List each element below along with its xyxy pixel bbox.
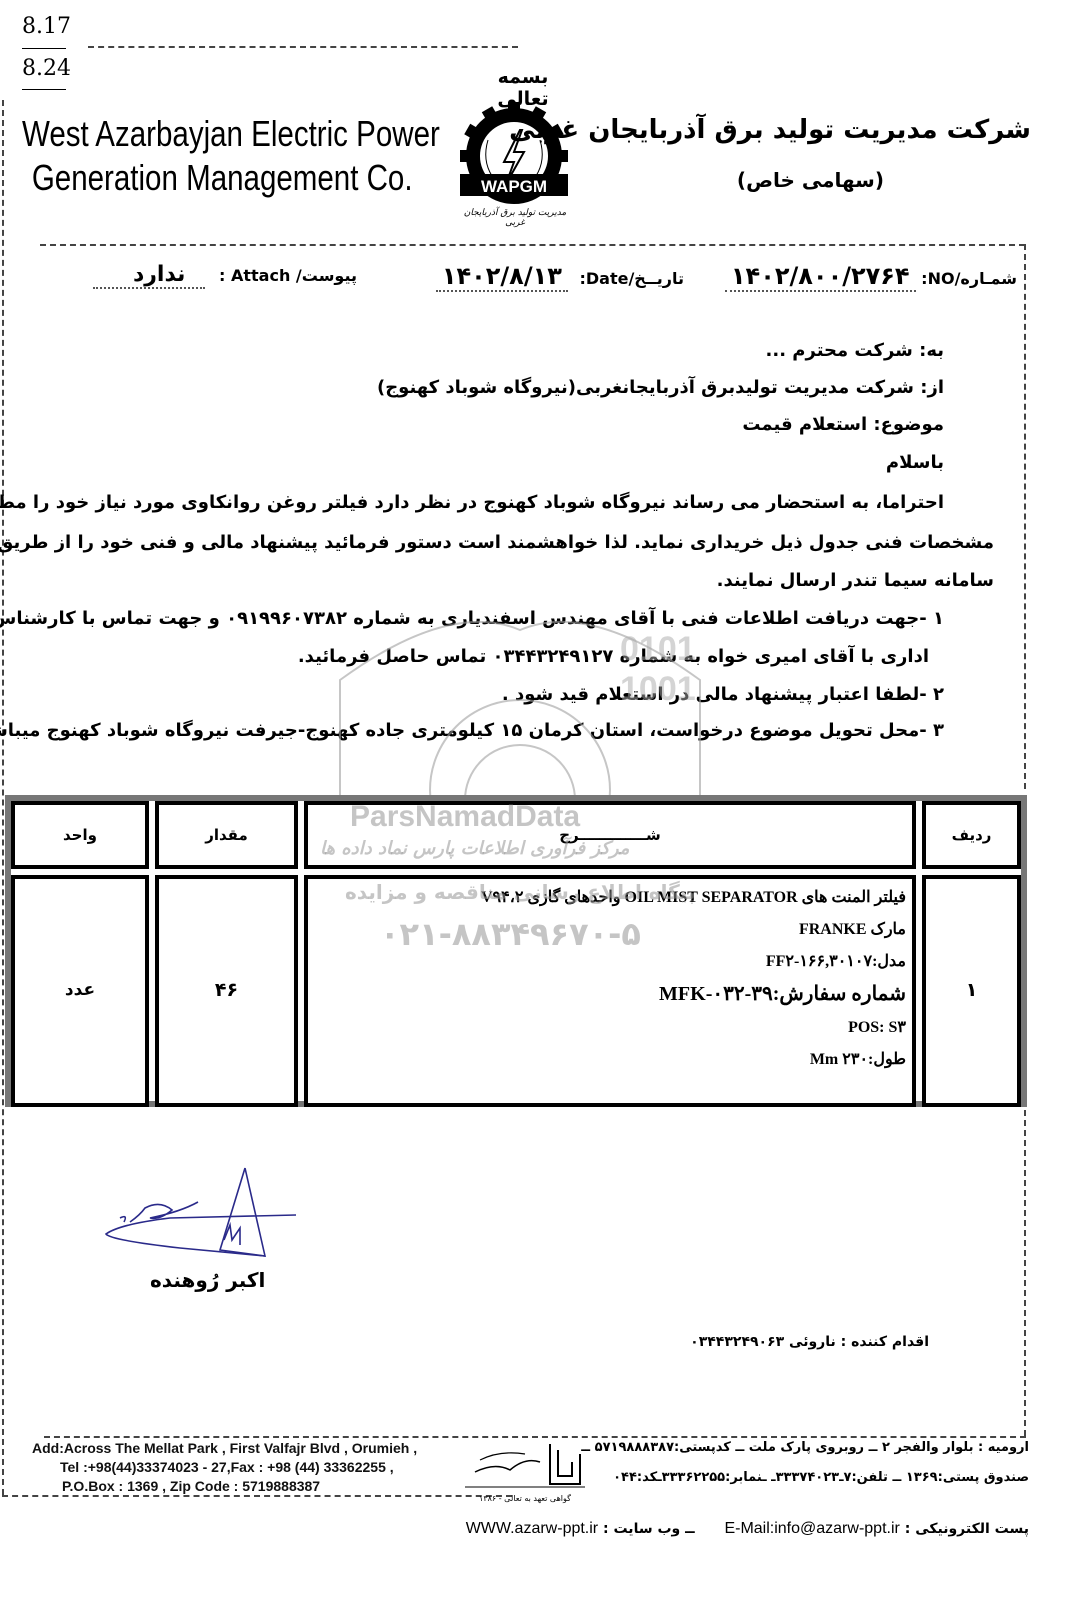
attachment-value: ندارد	[93, 262, 205, 289]
frame-right-dash-lower	[1024, 1110, 1026, 1436]
signatory-name: اکبر رُوهنده	[150, 1268, 265, 1292]
reference-number-top: 8.17	[22, 14, 71, 39]
cell-quantity: ۴۶	[155, 875, 298, 1107]
letter-number-value: ۱۴۰۲/۸۰۰/۲۷۶۴	[725, 262, 916, 292]
company-type-fa: (سهامی خاص)	[737, 168, 884, 192]
sender-line: از: شرکت مدیریت تولیدبرق آذربایجانغربی(ن…	[377, 377, 944, 398]
body-paragraph-line: احتراما، به استحضار می رساند نیروگاه شوب…	[0, 492, 944, 513]
company-name-en-line2: Generation Management Co.	[22, 156, 440, 200]
logo-caption: مدیریت تولید برق آذربایجان غربی	[455, 208, 575, 228]
footer-contact-row: WWW.azarw-ppt.ir ــ وب سایت : E-Mail:inf…	[466, 1520, 1029, 1538]
footer-address-en: Add:Across The Mellat Park , First Valfa…	[32, 1440, 417, 1456]
reference-divider	[22, 89, 66, 90]
footer-phone-en: Tel :+98(44)33374023 - 27,Fax : +98 (44)…	[60, 1459, 394, 1475]
date-value: ۱۴۰۲/۸/۱۳	[436, 262, 568, 292]
footer-pobox-en: P.O.Box : 1369 , Zip Code : 5719888387	[62, 1478, 320, 1494]
frame-header-dash	[40, 244, 1025, 246]
column-header-quantity: مقدار	[155, 801, 298, 869]
company-name-en: West Azarbayjan Electric Power Generatio…	[22, 112, 440, 200]
signature-icon	[100, 1160, 310, 1270]
frame-top-dash	[88, 46, 518, 48]
date-label: تاریــخ/Date:	[579, 269, 684, 288]
excellence-award-logo: گواهی تعهد به تعالی - ۱۳۸۶	[455, 1432, 595, 1500]
reference-divider	[22, 48, 66, 49]
frame-left-dash	[2, 100, 4, 1495]
frame-bottom-dash	[2, 1495, 512, 1497]
description-model: مدل:FF۲-۱۶۶,۳۰۱۰۷	[766, 951, 906, 971]
column-header-description: شـــــــــــــرح	[304, 801, 916, 869]
award-emblem-icon	[455, 1432, 595, 1490]
frame-right-dash	[1024, 244, 1026, 789]
company-name-en-line1: West Azarbayjan Electric Power	[22, 113, 440, 154]
action-by: اقدام کننده : ناروئی ۰۳۴۴۳۲۴۹۰۶۳	[690, 1334, 929, 1350]
svg-text:WAPGM: WAPGM	[481, 177, 547, 196]
description-brand: مارک FRANKE	[799, 919, 906, 939]
greeting: باسلام	[886, 452, 944, 473]
cell-row-number: ۱	[922, 875, 1021, 1107]
note-number: ۳	[933, 720, 944, 741]
footer-phone-fa: صندوق پستی:۱۳۶۹ ــ تلفن:۷ـ۳۳۳۷۴۰۲۳ـ ـنما…	[613, 1470, 1029, 1485]
award-caption: گواهی تعهد به تعالی - ۱۳۸۶	[455, 1494, 595, 1503]
footer-email[interactable]: E-Mail:info@azarw-ppt.ir	[724, 1520, 899, 1537]
reference-number-bottom: 8.24	[22, 56, 71, 81]
cell-unit: عدد	[11, 875, 149, 1107]
footer-website-label: ــ وب سایت :	[603, 1521, 695, 1537]
column-header-unit: واحد	[11, 801, 149, 869]
svg-text:0101: 0101	[620, 630, 696, 668]
note-number: ۱	[933, 608, 944, 629]
letter-number-label: شمـاره/NO:	[921, 269, 1017, 288]
description-position: POS: S۳	[848, 1017, 906, 1037]
footer-website[interactable]: WWW.azarw-ppt.ir	[466, 1520, 598, 1537]
letter-number-field: شمـاره/NO: ۱۴۰۲/۸۰۰/۲۷۶۴	[725, 262, 1017, 292]
attachment-label: پیوست/ Attach :	[219, 266, 357, 285]
description-length: طول:۲۳۰ Mm	[810, 1049, 906, 1069]
footer-email-label: پست الکترونیکی :	[905, 1521, 1029, 1537]
cell-description: فیلتر المنت های OIL MIST SEPARATOR واحده…	[304, 875, 916, 1107]
description-order-number: شماره سفارش:MFK-۰۳۲-۳۹	[659, 981, 906, 1006]
svg-text:1001: 1001	[620, 670, 696, 708]
items-table: واحد مقدار شـــــــــــــرح ردیف عدد ۴۶ …	[5, 795, 1027, 1107]
subject-line: موضوع: استعلام قیمت	[742, 414, 944, 435]
description-title: فیلتر المنت های OIL MIST SEPARATOR واحده…	[481, 887, 906, 907]
note-number: ۲	[933, 684, 944, 705]
footer-address-fa: ارومیه : بلوار والفجر ۲ ــ روبروی پارک م…	[581, 1440, 1029, 1455]
body-paragraph-line: سامانه سیما تندر ارسال نمایند.	[717, 570, 994, 591]
body-paragraph-line: مشخصات فنی جدول ذیل خریداری نماید. لذا خ…	[0, 532, 994, 553]
column-header-row: ردیف	[922, 801, 1021, 869]
company-name-fa: شرکت مدیریت تولید برق آذربایجان غربی	[509, 115, 1031, 145]
recipient-line: به: شرکت محترم ...	[766, 340, 944, 361]
attachment-field: پیوست/ Attach : ندارد	[93, 262, 357, 289]
date-field: تاریــخ/Date: ۱۴۰۲/۸/۱۳	[436, 262, 684, 292]
